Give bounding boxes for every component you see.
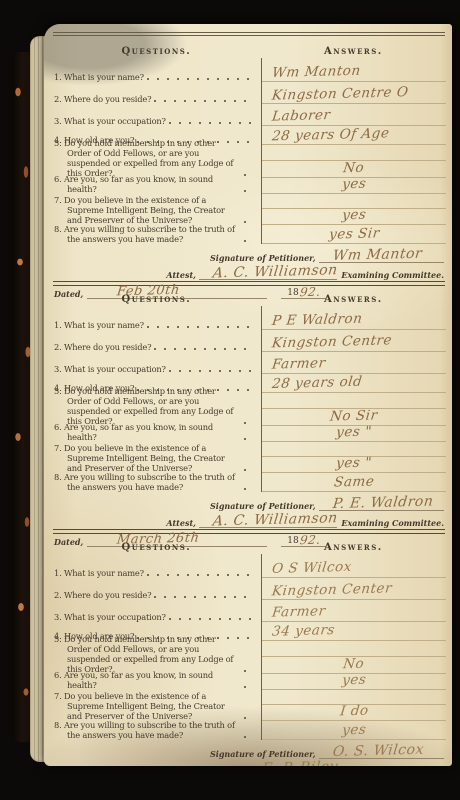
answer-health: yes " — [335, 425, 372, 441]
question-3: 3. What is your occupation? — [54, 364, 166, 374]
answer-belief: yes — [341, 208, 367, 224]
answer-occupation: Farmer — [261, 605, 326, 622]
signature-label: Signature of Petitioner, — [210, 749, 316, 759]
attest-signature: A. C. Williamson — [198, 263, 338, 281]
petitioner-signature: P. E. Waldron — [318, 495, 434, 512]
question-6: 6. Are you, so far as you know, in sound… — [54, 422, 241, 442]
dot-leader — [243, 216, 253, 225]
answer-subscribe: yes Sir — [328, 227, 380, 244]
question-8: 8. Are you willing to subscribe to the t… — [54, 224, 241, 244]
dot-leader — [168, 117, 253, 126]
petition-entry-1: Questions. Answers. 1. What is your name… — [52, 38, 446, 281]
dot-leader — [168, 365, 253, 374]
question-1: 1. What is your name? — [54, 320, 144, 330]
section-header: Questions. Answers. — [52, 286, 446, 306]
answers-header: Answers. — [324, 294, 383, 305]
dot-leader — [243, 185, 253, 194]
answer-residence: Kingston Center — [261, 582, 393, 601]
attest-label: Attest, — [166, 270, 196, 280]
answer-subscribe: Same — [333, 475, 375, 492]
dot-leader — [243, 483, 253, 492]
answer-residence: Kingston Centre — [261, 334, 393, 353]
dot-leader — [146, 569, 253, 578]
questions-column: 1. What is your name? 2. Where do you re… — [52, 554, 261, 740]
question-3: 3. What is your occupation? — [54, 116, 166, 126]
signature-block: Signature of Petitioner, O. S. Wilcox At… — [52, 740, 446, 766]
answer-health: yes — [341, 177, 367, 193]
answers-column: O S Wilcox Kingston Center Farmer 34 yea… — [261, 554, 446, 740]
question-8: 8. Are you willing to subscribe to the t… — [54, 720, 241, 740]
section-header: Questions. Answers. — [52, 38, 446, 58]
question-2: 2. Where do you reside? — [54, 342, 151, 352]
answer-occupation: Laborer — [261, 109, 331, 126]
attest-signature: A. C. Williamson — [198, 511, 338, 529]
dot-leader — [153, 591, 253, 600]
answer-belief: yes " — [335, 456, 372, 472]
dot-leader — [243, 681, 253, 690]
answers-column: P E Waldron Kingston Centre Farmer 28 ye… — [261, 306, 446, 492]
attest-signature: E. P. Riley — [247, 760, 339, 766]
petitioner-signature: O. S. Wilcox — [318, 743, 425, 760]
section-header: Questions. Answers. — [52, 534, 446, 554]
question-7: 7. Do you believe in the existence of a … — [54, 195, 241, 225]
answer-name: O S Wilcox — [261, 560, 353, 578]
petitioner-signature: Wm Mantor — [318, 247, 423, 264]
answer-belief: I do — [339, 704, 369, 720]
answer-occupation: Farmer — [261, 357, 326, 374]
dot-leader — [168, 613, 253, 622]
signature-label: Signature of Petitioner, — [210, 253, 316, 263]
dot-leader — [243, 712, 253, 721]
petition-entry-3: Questions. Answers. 1. What is your name… — [52, 534, 446, 766]
question-7: 7. Do you believe in the existence of a … — [54, 691, 241, 721]
dot-leader — [243, 731, 253, 740]
questions-header: Questions. — [122, 542, 192, 553]
question-2: 2. Where do you reside? — [54, 590, 151, 600]
page-top-border — [53, 32, 445, 36]
examining-committee-label: Examining Committee. — [341, 270, 444, 280]
dot-leader — [243, 665, 253, 674]
signature-label: Signature of Petitioner, — [210, 501, 316, 511]
answer-subscribe: yes — [341, 723, 367, 739]
questions-header: Questions. — [122, 46, 192, 57]
examining-committee-label: Examining Committee. — [341, 518, 444, 528]
dot-leader — [243, 235, 253, 244]
answer-age: 28 years Of Age — [261, 127, 390, 146]
answers-header: Answers. — [324, 542, 383, 553]
question-6: 6. Are you, so far as you know, in sound… — [54, 670, 241, 690]
dot-leader — [243, 464, 253, 473]
question-8: 8. Are you willing to subscribe to the t… — [54, 472, 241, 492]
question-5: 5. Do you hold membership in any other O… — [54, 386, 241, 426]
answer-health: yes — [341, 673, 367, 689]
question-3: 3. What is your occupation? — [54, 612, 166, 622]
dot-leader — [146, 321, 253, 330]
question-7: 7. Do you believe in the existence of a … — [54, 443, 241, 473]
dot-leader — [243, 169, 253, 178]
answer-name: P E Waldron — [261, 312, 363, 330]
dot-leader — [153, 343, 253, 352]
question-1: 1. What is your name? — [54, 568, 144, 578]
answer-name: Wm Manton — [261, 64, 361, 82]
dot-leader — [146, 73, 253, 82]
answer-age: 34 years — [261, 624, 336, 641]
dot-leader — [243, 433, 253, 442]
questions-header: Questions. — [122, 294, 192, 305]
question-5: 5. Do you hold membership in any other O… — [54, 138, 241, 178]
questions-column: 1. What is your name? 2. Where do you re… — [52, 306, 261, 492]
attest-label: Attest, — [166, 518, 196, 528]
dot-leader — [153, 95, 253, 104]
questions-column: 1. What is your name? 2. Where do you re… — [52, 58, 261, 244]
dot-leader — [243, 417, 253, 426]
question-2: 2. Where do you reside? — [54, 94, 151, 104]
petition-entry-2: Questions. Answers. 1. What is your name… — [52, 286, 446, 529]
answer-age: 28 years old — [261, 375, 363, 393]
answers-column: Wm Manton Kingston Centre O Laborer 28 y… — [261, 58, 446, 244]
question-5: 5. Do you hold membership in any other O… — [54, 634, 241, 674]
question-6: 6. Are you, so far as you know, in sound… — [54, 174, 241, 194]
scanned-form-page: Questions. Answers. 1. What is your name… — [44, 24, 452, 766]
answer-residence: Kingston Centre O — [261, 86, 409, 105]
question-1: 1. What is your name? — [54, 72, 144, 82]
answers-header: Answers. — [324, 46, 383, 57]
